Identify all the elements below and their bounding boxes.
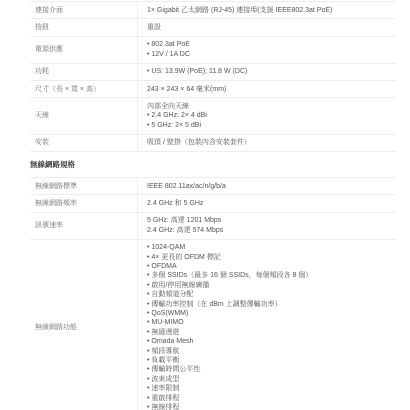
spec-value-line: 吸頂 / 壁掛（包裝內含安裝套件） — [147, 138, 392, 147]
spec-value-line: • 速率限制 — [147, 384, 392, 393]
spec-label: 電源供應 — [30, 37, 137, 63]
spec-label: 功耗 — [30, 64, 137, 80]
spec-label: 訊號速率 — [30, 213, 137, 239]
section-title-wireless: 無線網路規格 — [30, 160, 396, 170]
spec-value-line: • 負載平衡 — [147, 356, 392, 365]
spec-page: 連接介面1× Gigabit 乙太網路 (RJ-45) 連接埠(支援 IEEE8… — [0, 0, 410, 410]
spec-value-line: • QoS(WMM) — [147, 309, 392, 318]
spec-value: IEEE 802.11ax/ac/n/g/b/a — [137, 178, 396, 194]
spec-value-line: 內部全向天線 — [147, 102, 392, 111]
spec-label: 按鈕 — [30, 19, 137, 35]
spec-label: 無線網路功能 — [30, 240, 137, 410]
spec-label: 無線網路標準 — [30, 178, 137, 194]
spec-value-line: • 傳輸功率控制（在 dBm 上調整傳輸功率） — [147, 300, 392, 309]
spec-value-line: 重設 — [147, 23, 392, 32]
spec-value-line: • 1024-QAM — [147, 243, 392, 252]
spec-value: 2.4 GHz 和 5 GHz — [137, 195, 396, 211]
spec-content: 連接介面1× Gigabit 乙太網路 (RJ-45) 連接埠(支援 IEEE8… — [30, 1, 396, 410]
spec-label: 安裝 — [30, 135, 137, 151]
wireless-spec-table: 無線網路標準IEEE 802.11ax/ac/n/g/b/a無線網路頻率2.4 … — [30, 177, 396, 410]
spec-value-line: • OFDMA — [147, 262, 392, 271]
spec-value-line: 2.4 GHz: 高達 574 Mbps — [147, 226, 392, 235]
spec-row: 無線網路頻率2.4 GHz 和 5 GHz — [30, 195, 396, 212]
spec-label: 尺寸（長 × 寬 × 高） — [30, 81, 137, 97]
spec-value-line: 2.4 GHz 和 5 GHz — [147, 199, 392, 208]
spec-row: 天線內部全向天線• 2.4 GHz: 2× 4 dBi• 5 GHz: 2× 5… — [30, 98, 396, 134]
spec-label: 連接介面 — [30, 2, 137, 18]
spec-value-line: 5 GHz: 高達 1201 Mbps — [147, 216, 392, 225]
spec-row: 安裝吸頂 / 壁掛（包裝內含安裝套件） — [30, 135, 396, 152]
spec-row: 無線網路功能• 1024-QAM• 4× 更長的 OFDM 標記• OFDMA•… — [30, 240, 396, 410]
spec-row: 按鈕重設 — [30, 19, 396, 36]
spec-value-line: • 頻段導航 — [147, 347, 392, 356]
spec-value-line: • US: 13.9W (PoE); 11.8 W (DC) — [147, 67, 392, 76]
spec-value: 重設 — [137, 19, 396, 35]
spec-value-line: • MU-MIMO — [147, 318, 392, 327]
spec-value-line: • 無縫漫遊 — [147, 328, 392, 337]
spec-value-line: • 重啟排程 — [147, 394, 392, 403]
spec-value: • 1024-QAM• 4× 更長的 OFDM 標記• OFDMA• 多個 SS… — [137, 240, 396, 410]
spec-value-line: 243 × 243 × 64 毫米(mm) — [147, 85, 392, 94]
spec-value-line: • 2.4 GHz: 2× 4 dBi — [147, 111, 392, 120]
spec-value-line: 1× Gigabit 乙太網路 (RJ-45) 連接埠(支援 IEEE802.3… — [147, 6, 392, 15]
spec-row: 無線網路標準IEEE 802.11ax/ac/n/g/b/a — [30, 178, 396, 195]
spec-value-line: • 12V / 1A DC — [147, 50, 392, 59]
spec-value-line: IEEE 802.11ax/ac/n/g/b/a — [147, 182, 392, 191]
spec-value-line: • 波束成型 — [147, 375, 392, 384]
spec-value: 5 GHz: 高達 1201 Mbps2.4 GHz: 高達 574 Mbps — [137, 213, 396, 239]
spec-value: • US: 13.9W (PoE); 11.8 W (DC) — [137, 64, 396, 80]
spec-label: 天線 — [30, 98, 137, 133]
spec-value: • 802.3at PoE• 12V / 1A DC — [137, 37, 396, 63]
spec-value-line: • 傳輸時間公平性 — [147, 365, 392, 374]
hardware-spec-table: 連接介面1× Gigabit 乙太網路 (RJ-45) 連接埠(支援 IEEE8… — [30, 1, 396, 152]
spec-value-line: • Omada Mesh — [147, 337, 392, 346]
spec-row: 訊號速率5 GHz: 高達 1201 Mbps2.4 GHz: 高達 574 M… — [30, 213, 396, 240]
spec-row: 尺寸（長 × 寬 × 高）243 × 243 × 64 毫米(mm) — [30, 81, 396, 98]
spec-value-line: • 802.3at PoE — [147, 40, 392, 49]
spec-value-line: • 4× 更長的 OFDM 標記 — [147, 253, 392, 262]
spec-value: 吸頂 / 壁掛（包裝內含安裝套件） — [137, 135, 396, 151]
spec-row: 電源供應• 802.3at PoE• 12V / 1A DC — [30, 37, 396, 64]
spec-value-line: • 啟用/停用無線廣播 — [147, 281, 392, 290]
spec-value-line: • 自動頻道分配 — [147, 290, 392, 299]
spec-row: 連接介面1× Gigabit 乙太網路 (RJ-45) 連接埠(支援 IEEE8… — [30, 2, 396, 19]
spec-value-line: • 多個 SSIDs（最多 16 個 SSIDs，每個頻段各 8 個） — [147, 271, 392, 280]
spec-value: 內部全向天線• 2.4 GHz: 2× 4 dBi• 5 GHz: 2× 5 d… — [137, 98, 396, 133]
spec-value-line: • 無線排程 — [147, 403, 392, 410]
spec-value: 243 × 243 × 64 毫米(mm) — [137, 81, 396, 97]
spec-value-line: • 5 GHz: 2× 5 dBi — [147, 121, 392, 130]
spec-label: 無線網路頻率 — [30, 195, 137, 211]
spec-row: 功耗• US: 13.9W (PoE); 11.8 W (DC) — [30, 64, 396, 81]
spec-value: 1× Gigabit 乙太網路 (RJ-45) 連接埠(支援 IEEE802.3… — [137, 2, 396, 18]
